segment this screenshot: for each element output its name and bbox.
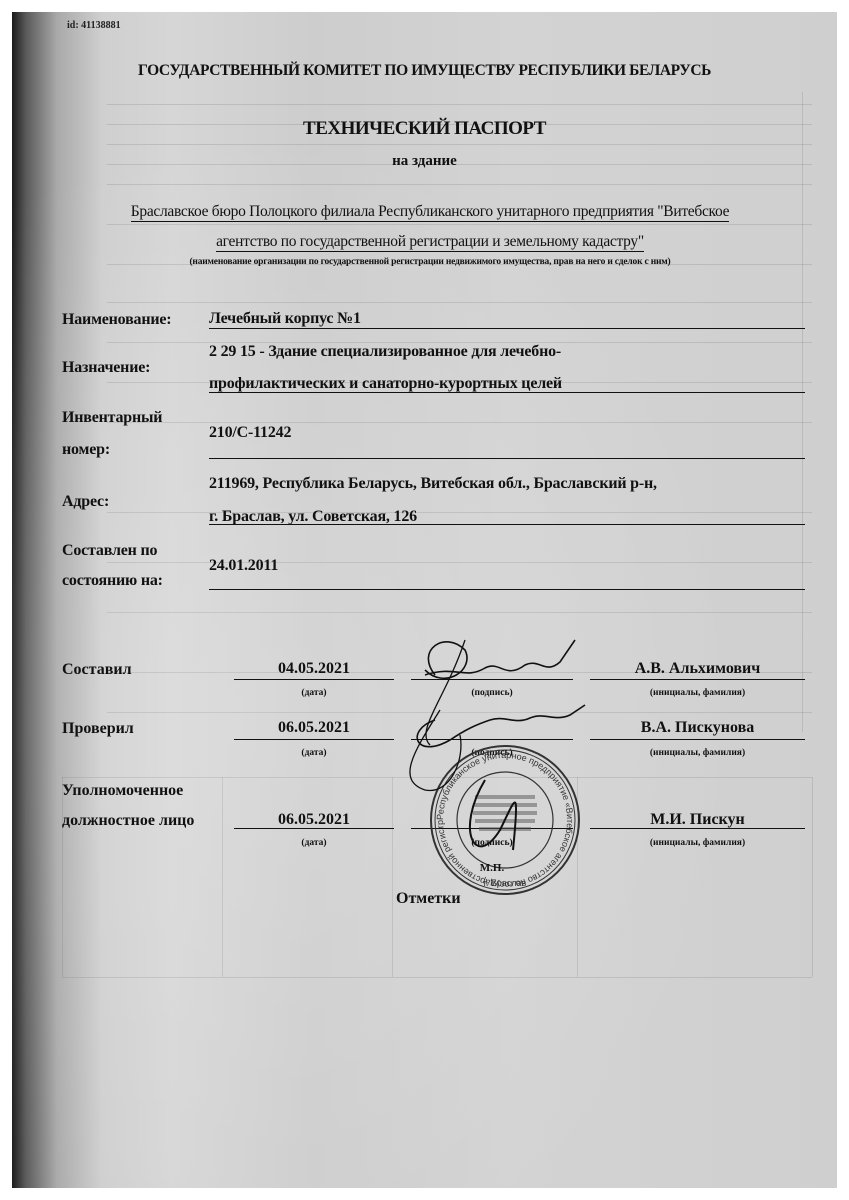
seal-place: М.П. (411, 862, 573, 874)
compiled-date-line (234, 679, 394, 680)
inventory-label-line-1: Инвентарный (62, 403, 162, 432)
document-subtitle: на здание (0, 153, 849, 170)
checked-name: В.А. Пискунова (590, 719, 805, 737)
document-id: id: 41138881 (67, 20, 121, 31)
bleed-through-line (62, 977, 812, 978)
bleed-through-line (802, 92, 803, 732)
authorized-label-line-2: должностное лицо (62, 806, 194, 835)
bleed-through-line (107, 184, 812, 185)
authorized-date-line (234, 828, 394, 829)
checked-date: 06.05.2021 (234, 719, 394, 737)
checked-date-line (234, 739, 394, 740)
organization-text: Браславское бюро Полоцкого филиала Респу… (131, 203, 729, 222)
address-value-line-2: г. Браслав, ул. Советская, 126 (209, 502, 805, 532)
signature-icon (395, 690, 595, 800)
compiled-date: 04.05.2021 (234, 660, 394, 678)
bleed-through-line (812, 777, 813, 977)
bleed-through-line (222, 777, 223, 977)
authorized-label-line-1: Уполномоченное (62, 776, 183, 805)
bleed-through-line (107, 144, 812, 145)
checked-name-line (590, 739, 805, 740)
inventory-underline (209, 458, 805, 459)
purpose-label: Назначение: (62, 353, 150, 382)
document-page (12, 12, 837, 1188)
organization-text: агентство по государственной регистрации… (216, 233, 644, 252)
purpose-value-line-2: профилактических и санаторно-курортных ц… (209, 369, 805, 399)
name-caption: (инициалы, фамилия) (590, 838, 805, 848)
date-caption: (дата) (234, 688, 394, 698)
as-of-label-line-2: состоянию на: (62, 566, 163, 595)
organization-line-1: Браславское бюро Полоцкого филиала Респу… (60, 203, 800, 221)
bleed-through-line (107, 104, 812, 105)
marks-heading: Отметки (396, 890, 461, 908)
document-title: ТЕХНИЧЕСКИЙ ПАСПОРТ (0, 118, 849, 140)
compiled-name: А.В. Альхимович (590, 660, 805, 678)
checked-label: Проверил (62, 714, 134, 743)
organization-line-2: агентство по государственной регистрации… (60, 233, 800, 251)
bleed-through-line (107, 302, 812, 303)
bleed-through-line (107, 612, 812, 613)
compiled-name-line (590, 679, 805, 680)
as-of-label-line-1: Составлен по (62, 536, 157, 565)
address-underline (209, 524, 805, 525)
authorized-date: 06.05.2021 (234, 811, 394, 829)
bleed-through-line (107, 224, 812, 225)
purpose-underline (209, 392, 805, 393)
stamp-city: г. Браслав (484, 878, 527, 888)
inventory-value: 210/С-11242 (209, 418, 805, 448)
bleed-through-line (392, 777, 393, 977)
as-of-underline (209, 589, 805, 590)
address-label: Адрес: (62, 487, 109, 516)
authorized-name: М.И. Пискун (590, 811, 805, 829)
committee-heading: ГОСУДАРСТВЕННЫЙ КОМИТЕТ ПО ИМУЩЕСТВУ РЕС… (0, 62, 849, 80)
purpose-value-line-1: 2 29 15 - Здание специализированное для … (209, 337, 805, 367)
date-caption: (дата) (234, 838, 394, 848)
name-caption: (инициалы, фамилия) (590, 688, 805, 698)
name-label: Наименование: (62, 305, 171, 334)
date-caption: (дата) (234, 748, 394, 758)
inventory-label-line-2: номер: (62, 435, 110, 464)
compiled-label: Составил (62, 655, 132, 684)
name-underline (209, 328, 805, 329)
name-caption: (инициалы, фамилия) (590, 748, 805, 758)
name-value: Лечебный корпус №1 (209, 304, 805, 334)
organization-caption: (наименование организации по государстве… (60, 257, 800, 267)
as-of-value: 24.01.2011 (209, 551, 805, 581)
address-value-line-1: 211969, Республика Беларусь, Витебская о… (209, 469, 805, 499)
